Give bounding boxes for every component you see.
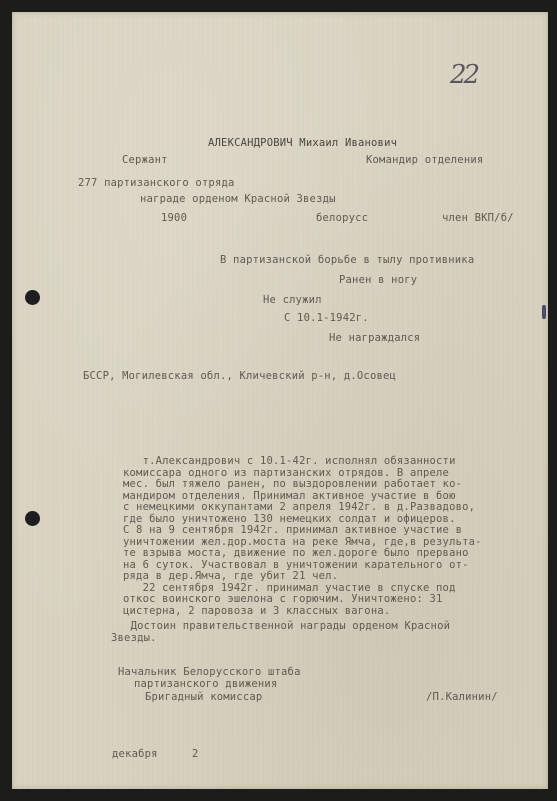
narrative-line: мес. был тяжело ранен, по выздоровлении … (123, 479, 513, 491)
unit: 277 партизанского отряда (78, 178, 235, 190)
previous-awards: Не награждался (329, 333, 420, 345)
date-day: 2 (192, 749, 199, 761)
signer-name: /П.Калинин/ (426, 692, 498, 704)
narrative-line: т.Александрович с 10.1-42г. исполнял обя… (123, 456, 513, 468)
conclusion-line: Звезды. (111, 633, 157, 645)
ink-mark (542, 305, 546, 319)
narrative-line: С 8 на 9 сентября 1942г. принимал активн… (123, 525, 513, 537)
narrative-line: ряда в дер.Ямча, где убит 21 чел. (123, 571, 513, 583)
punch-hole-bottom (25, 511, 40, 526)
wounds: Ранен в ногу (339, 275, 417, 287)
narrative-line: цистерна, 2 паровоза и 3 классных вагона… (123, 606, 513, 618)
home-address: БССР, Могилевская обл., Кличевский р-н, … (83, 371, 396, 383)
date-month: декабря (112, 749, 158, 761)
page-number-handwritten: 22 (450, 60, 477, 90)
narrative-line: с немецкими оккупантами 2 апреля 1942г. … (123, 502, 513, 514)
narrative-block: т.Александрович с 10.1-42г. исполнял обя… (123, 456, 513, 617)
participation: В партизанской борьбе в тылу противника (220, 255, 474, 267)
party-membership: член ВКП/б/ (442, 213, 514, 225)
service-since: С 10.1-1942г. (284, 313, 369, 325)
signer-title-line1: Начальник Белорусского штаба (118, 667, 301, 679)
award-name: награде орденом Красной Звезды (140, 194, 336, 206)
nationality: белорусс (316, 213, 368, 225)
rank: Сержант (122, 155, 168, 167)
narrative-line: те взрыва моста, движение по жел.дороге … (123, 548, 513, 560)
signer-title-line3: Бригадный комиссар (145, 692, 262, 704)
conclusion-line: Достоин правительственной награды ордено… (111, 621, 450, 633)
signer-title-line2: партизанского движения (134, 679, 277, 691)
punch-hole-top (25, 290, 40, 305)
red-army-service: Не служил (263, 295, 322, 307)
position: Командир отделения (366, 155, 483, 167)
birth-year: 1900 (161, 213, 187, 225)
document-page: 22 АЛЕКСАНДРОВИЧ Михаил Иванович Сержант… (12, 12, 548, 789)
narrative-line: откос воинского эшелона с горючим. Уничт… (123, 594, 513, 606)
awardee-name: АЛЕКСАНДРОВИЧ Михаил Иванович (208, 138, 397, 150)
